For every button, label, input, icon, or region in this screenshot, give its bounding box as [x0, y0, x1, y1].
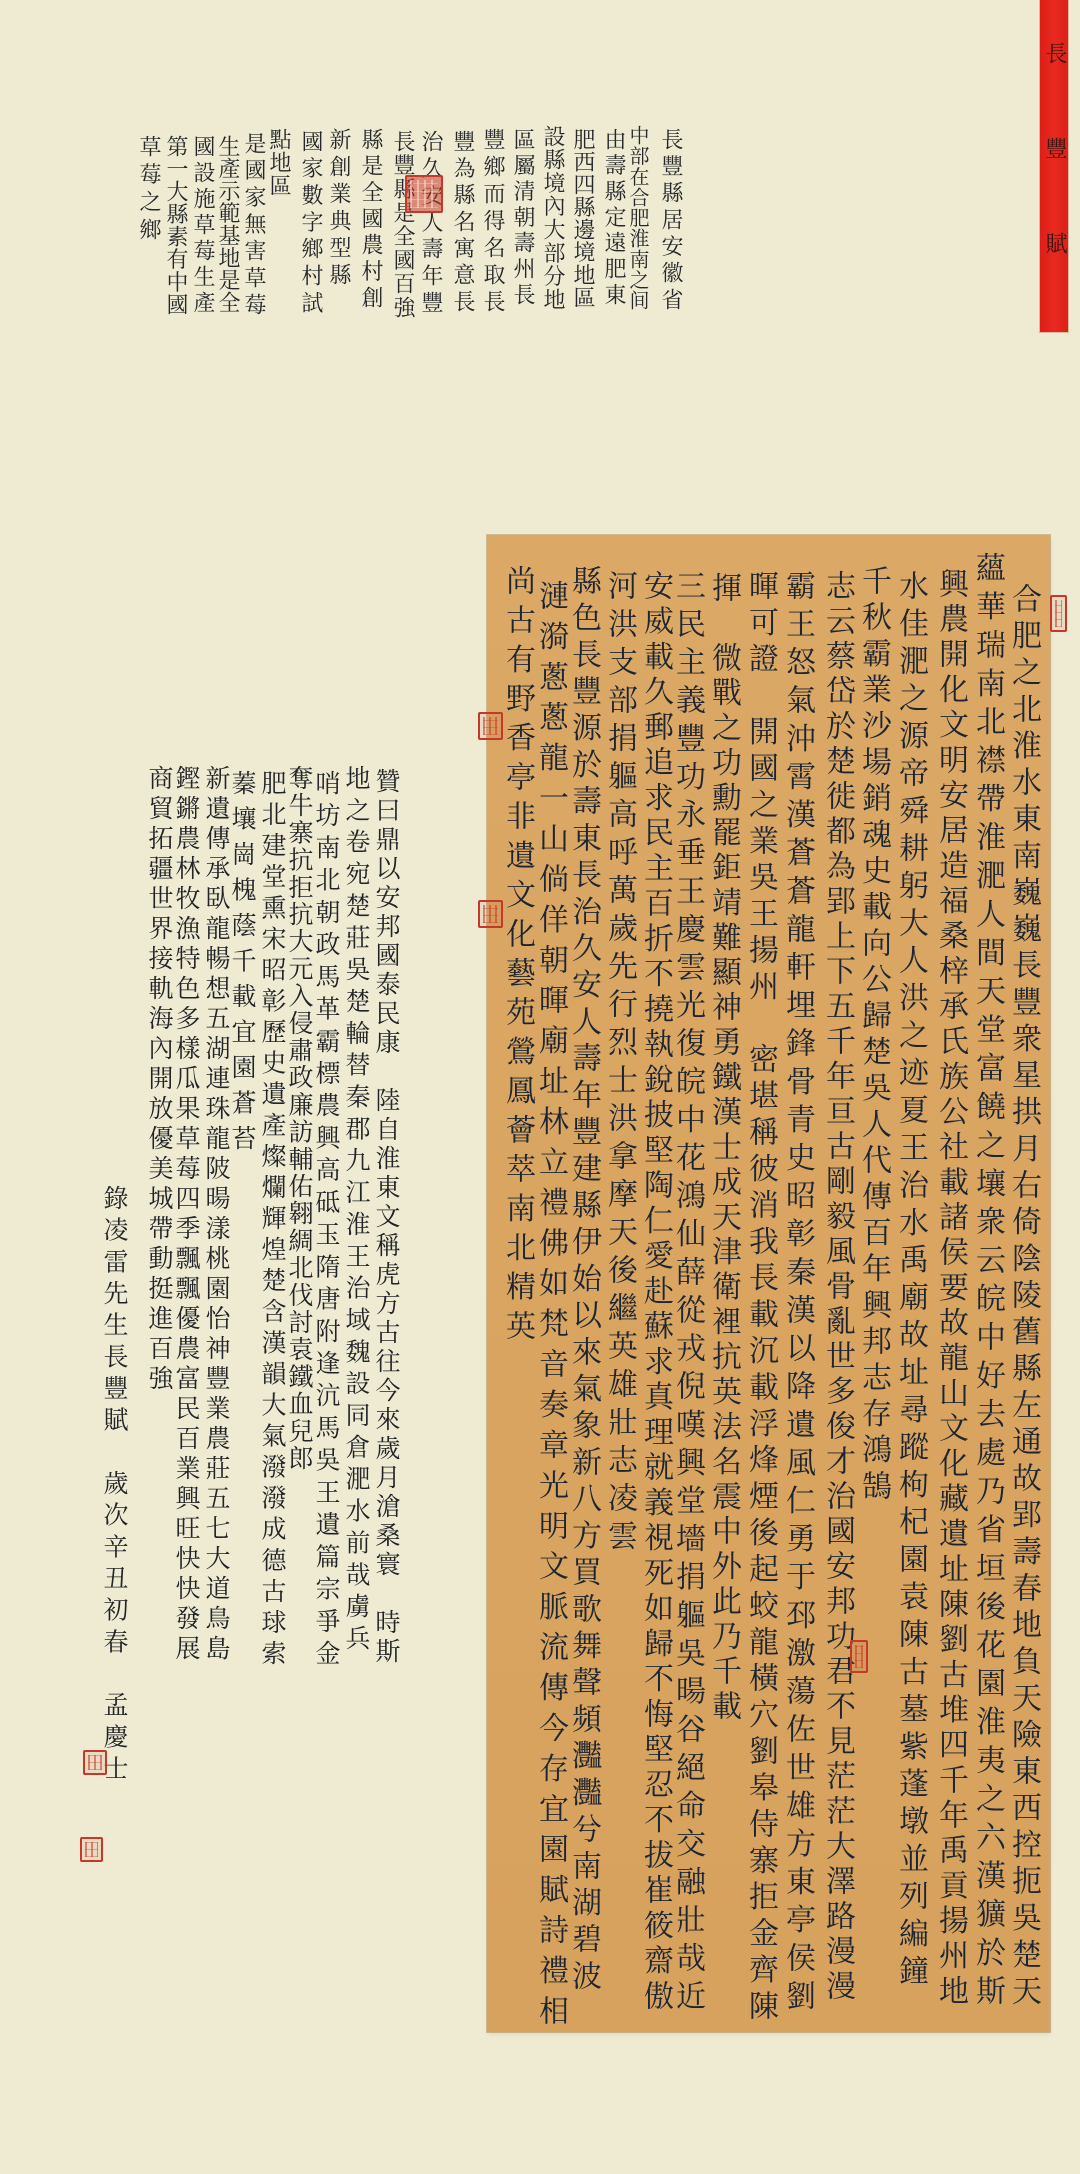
title-text: 長豐賦 — [1043, 42, 1065, 254]
preface-column: 豐鄉而得名取長 — [481, 128, 503, 312]
preface-column: 中部在合肥淮南之间 — [628, 125, 648, 310]
fu-column: 霸王怒氣沖霄漢蒼蒼龍軒埋鋒骨青史昭彰秦漢以降遺風仁勇于邳激蕩佐世雄方東亭侯劉 — [782, 570, 812, 2010]
preface-column: 新創業典型縣 — [327, 128, 349, 285]
panel-top-right-seal — [1050, 595, 1067, 632]
panel-left-seal-upper — [478, 712, 503, 740]
title-strip: 長豐賦 — [1040, 0, 1068, 332]
continuation-column: 奪牛寨抗拒抗大元入侵肅政廉訪輔佑翱綢北伐討袁鐵血兒郎 — [287, 765, 312, 1470]
bottom-seal — [80, 1837, 103, 1862]
fu-column: 興農開化文明安居造福桑梓承氏族公社載諸侯要故龍山文化藏遺址陳劉古堆四千年禹貢揚州… — [935, 568, 965, 2005]
fu-column: 三民主義豐功永垂王慶雲光復皖中花鴻仙薛從戎倪嘆興堂墻捐軀吳暘谷絕命交融壯哉近 — [672, 570, 702, 2010]
fu-column: 縣色長豐源於壽東長治久安人壽年豐建縣伊始以來氣象新八方買歌舞聲頻灩灩兮南湖碧波 — [568, 565, 598, 1990]
preface-column: 肥西四縣邊境地區 — [571, 128, 593, 308]
continuation-column: 鏗鏘農林牧漁特色多樣瓜果草莓四季飄飄優農富民百業興旺快快發展 — [174, 765, 199, 1660]
preface-column: 治久安人壽年豐 — [419, 130, 441, 313]
preface-column: 草莓之鄉 — [137, 135, 159, 240]
preface-column: 縣是全國農村創 — [359, 128, 381, 308]
continuation-column: 肥北建堂熏宋昭彰歷史遺產燦爛輝煌楚含漢韻大氣潑潑成德古球索 — [260, 770, 285, 1665]
signature: 錄凌雷先生長豐賦 歲次辛丑初春 孟慶士 — [102, 1185, 127, 1780]
calligraphy-artwork: 長豐賦 長豐縣居安徽省 中部在合肥淮南之间 由壽縣定遠肥東 肥西四縣邊境地區 設… — [0, 0, 1080, 2174]
seal-pattern — [483, 717, 498, 735]
panel-inner-seal — [850, 1640, 868, 1673]
continuation-column: 新遺傳承臥龍暢想五湖連珠龍陂暘漾桃園怡神豐業農莊五七大道鳥島 — [204, 765, 229, 1660]
fu-column: 志云蔡岱於楚徙都為郢上下五千年亘古剛毅風骨亂世多俊才治國安邦功君不見茫茫大澤路漫… — [822, 570, 852, 2000]
continuation-column: 地之卷宛楚莊吳楚輪替秦郡九江淮王治域魏設同倉淝水前哉虜兵 — [344, 765, 369, 1650]
seal-pattern — [855, 1645, 863, 1668]
seal-pattern — [483, 905, 498, 923]
fu-column: 暉可證 開國之業吳王揚州 密堪稱彼消我長載沉載浮烽煙後起蛟龍橫穴劉皋侍寨拒金齊陳 — [745, 570, 775, 2020]
preface-column: 區屬清朝壽州長 — [511, 128, 533, 305]
preface-column: 第一大縣素有中國 — [164, 135, 186, 315]
seal-pattern — [88, 1755, 102, 1770]
seal-pattern — [85, 1842, 98, 1857]
preface-column: 長豐縣居安徽省 — [659, 128, 681, 310]
preface-column: 設縣境內大部分地 — [541, 125, 563, 310]
fu-column: 漣漪蔥蔥龍一山倘佯朝暉廟址林立禮佛如梵音奏章光明文脈流傳今存宜園賦詩禮相 — [535, 580, 565, 2025]
preface-column: 長豐縣是全國百強 — [391, 130, 413, 318]
fu-column: 水佳淝之源帝舜耕躬大人洪之迹夏王治水禹廟故址尋蹤枸杞園袁陳古墓紫蓬墩並列編鐘 — [895, 570, 925, 1985]
continuation-column: 贊曰鼎以安邦國泰民康 陸自淮東文稱虎方古往今來歲月滄桑寰 時斯 — [374, 768, 399, 1663]
preface-column: 生產示範基地是全 — [216, 135, 238, 313]
fu-column: 安威載久郵追求民主百折不撓執銳披堅陶仁愛赴蘇求真理就義視死如歸不悔堅忍不拔崔筱齋… — [640, 570, 670, 2010]
seal-pattern — [1055, 600, 1062, 627]
preface-column: 點地區 — [267, 128, 289, 196]
fu-column: 尚古有野香亭非遺文化藝苑鶯鳳薈萃南北精英 — [502, 565, 532, 1340]
fu-column: 河洪支部捐軀高呼萬歲先行烈士洪拿摩天後繼英雄壯志凌雲 — [604, 570, 634, 1550]
fu-column: 蘊華瑞南北襟帶淮淝人間天堂富饒之壤衆云皖中好去處乃省垣後花園淮夷之六漢獷於斯 — [972, 552, 1002, 2005]
preface-column: 豐為縣名寓意長 — [451, 130, 473, 312]
seal-pattern — [410, 180, 438, 208]
fu-column: 千秋霸業沙場銷魂史載向公歸楚吳人代傳百年興邦志存鴻鵠 — [858, 565, 888, 1500]
preface-column: 由壽縣定遠肥東 — [602, 128, 624, 305]
preface-column: 是國家無害草莓 — [242, 132, 264, 315]
continuation-column: 商貿拓疆世界接軌海內開放優美城帶動挺進百強 — [147, 765, 172, 1390]
continuation-column: 哨坊南北朝政馬革霸標農興高砥玉隋唐附逢沆馬吳王遺篇宗爭金 — [314, 770, 339, 1665]
preface-seal — [405, 175, 443, 213]
signature-seal — [83, 1750, 107, 1775]
fu-column: 合肥之北淮水東南巍巍長豐衆星拱月右倚陰陵舊縣左通故郢壽春地負天險東西控扼吳楚天 — [1008, 583, 1038, 2005]
continuation-column: 蓁壤崗槐蔭千載宜園蒼苔 — [230, 770, 255, 1150]
fu-column: 揮 微戰之功勳罷鉅靖難顯神勇鐵漢士成天津衛裡抗英法名震中外此乃千載 — [708, 572, 738, 1720]
preface-column: 國設施草莓生產 — [191, 135, 213, 313]
panel-left-seal-lower — [478, 900, 503, 928]
preface-column: 國家數字鄉村試 — [299, 130, 321, 313]
